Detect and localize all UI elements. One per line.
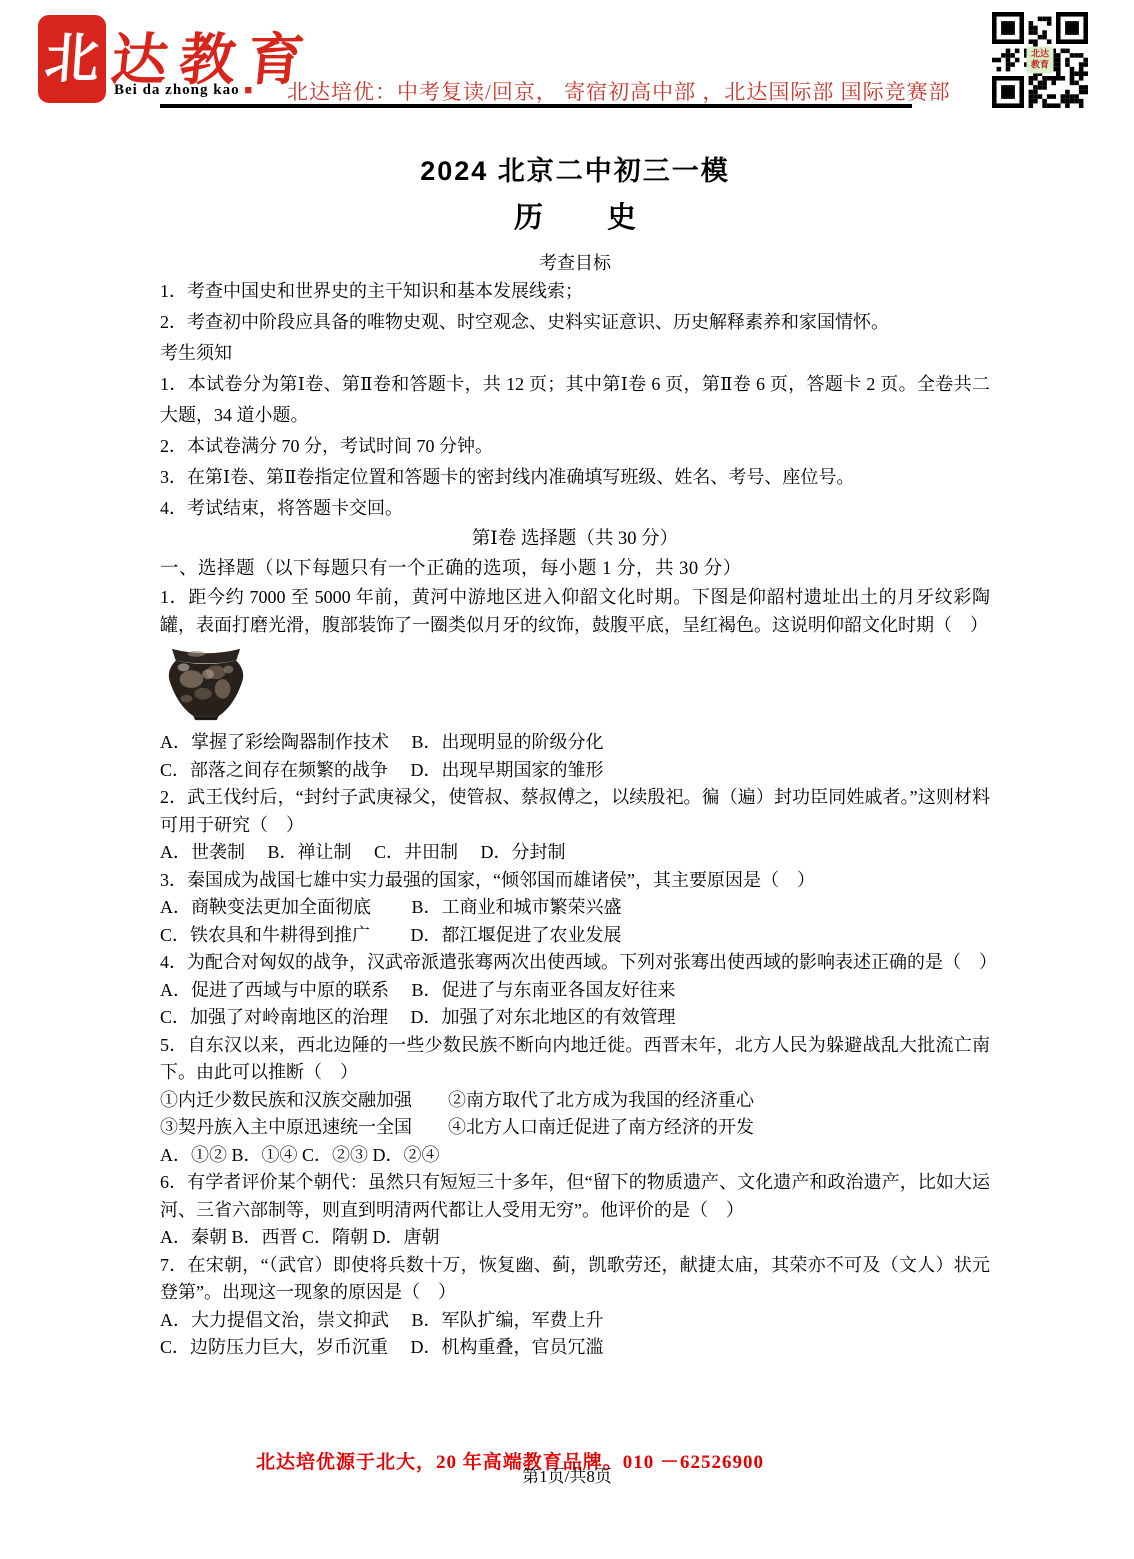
question-block: 2．武王伐纣后，“封纣子武庚禄父，使管叔、蔡叔傅之，以续殷祀。徧（遍）封功臣同姓… <box>160 784 990 867</box>
subject-char-1: 历 <box>514 202 543 234</box>
question-1-option-line: C．部落之间存在频繁的战争 D．出现早期国家的雏形 <box>160 757 990 785</box>
question-block: 3．秦国成为战国七雄中实力最强的国家，“倾邻国而雄诸侯”，其主要原因是（ ） A… <box>160 867 990 950</box>
notice-item-2: 2．本试卷满分 70 分，考试时间 70 分钟。 <box>160 431 990 462</box>
question-1-stem: 1．距今约 7000 至 5000 年前，黄河中游地区进入仰韶文化时期。下图是仰… <box>160 584 990 639</box>
qr-badge-line2: 教育 <box>1027 60 1054 71</box>
question-2-option-line: A．世袭制 B．禅让制 C．井田制 D．分封制 <box>160 839 990 867</box>
question-lines: A．大力提倡文治，崇文抑武 B．军队扩编，军费上升C．边防压力巨大，岁币沉重 D… <box>160 1307 990 1362</box>
question-4-stem: 4．为配合对匈奴的战争，汉武帝派遣张骞两次出使西域。下列对张骞出使西域的影响表述… <box>160 949 990 977</box>
question-lines: A．商鞅变法更加全面彻底 B．工商业和城市繁荣兴盛C．铁农具和牛耕得到推广 D．… <box>160 894 990 949</box>
header-divider <box>160 104 912 108</box>
question-4-option-line: A．促进了西域与中原的联系 B．促进了与东南亚各国友好往来 <box>160 977 990 1005</box>
question-5-option-line: ③契丹族入主中原迅速统一全国 ④北方人口南迁促进了南方经济的开发 <box>160 1114 990 1142</box>
question-block: 6．有学者评价某个朝代：虽然只有短短三十多年，但“留下的物质遗产、文化遗产和政治… <box>160 1169 990 1252</box>
question-6-stem: 6．有学者评价某个朝代：虽然只有短短三十多年，但“留下的物质遗产、文化遗产和政治… <box>160 1169 990 1224</box>
exam-page: 北 达教育 Bei da zhong kao ■ 北达培优：中考复读/回京， 寄… <box>0 0 1134 1559</box>
question-block: 4．为配合对匈奴的战争，汉武帝派遣张骞两次出使西域。下列对张骞出使西域的影响表述… <box>160 949 990 1032</box>
question-4-option-line: C．加强了对岭南地区的治理 D．加强了对东北地区的有效管理 <box>160 1004 990 1032</box>
question-7-option-line: C．边防压力巨大，岁币沉重 D．机构重叠，官员冗滥 <box>160 1334 990 1362</box>
exam-title: 2024 北京二中初三一模 <box>160 152 990 190</box>
question-1-option-line: A．掌握了彩绘陶器制作技术 B．出现明显的阶级分化 <box>160 729 990 757</box>
qr-badge-line1: 北达 <box>1027 49 1054 60</box>
exam-subject: 历史 <box>160 198 990 238</box>
question-lines: A．促进了西域与中原的联系 B．促进了与东南亚各国友好往来C．加强了对岭南地区的… <box>160 977 990 1032</box>
question-2-stem: 2．武王伐纣后，“封纣子武庚禄父，使管叔、蔡叔傅之，以续殷祀。徧（遍）封功臣同姓… <box>160 784 990 839</box>
question-3-stem: 3．秦国成为战国七雄中实力最强的国家，“倾邻国而雄诸侯”，其主要原因是（ ） <box>160 867 990 895</box>
question-3-option-line: C．铁农具和牛耕得到推广 D．都江堰促进了农业发展 <box>160 922 990 950</box>
notice-item-3: 3．在第Ⅰ卷、第Ⅱ卷指定位置和答题卡的密封线内准确填写班级、姓名、考号、座位号。 <box>160 462 990 493</box>
question-5-stem: 5．自东汉以来，西北边陲的一些少数民族不断向内地迁徙。西晋末年，北方人民为躲避战… <box>160 1032 990 1087</box>
notice-item-1: 1．本试卷分为第Ⅰ卷、第Ⅱ卷和答题卡，共 12 页；其中第Ⅰ卷 6 页，第Ⅱ卷 … <box>160 369 990 431</box>
qr-code: 北达 教育 <box>992 12 1088 108</box>
question-lines: ①内迁少数民族和汉族交融加强 ②南方取代了北方成为我国的经济重心③契丹族入主中原… <box>160 1087 990 1170</box>
question-7-stem: 7．在宋朝，“（武官）即使将兵数十万，恢复幽、蓟，凯歌劳还，献捷太庙，其荣亦不可… <box>160 1252 990 1307</box>
question-3-option-line: A．商鞅变法更加全面彻底 B．工商业和城市繁荣兴盛 <box>160 894 990 922</box>
notice-item-4: 4．考试结束，将答题卡交回。 <box>160 493 990 524</box>
brand-square-icon: ■ <box>244 82 253 97</box>
question-block: 1．距今约 7000 至 5000 年前，黄河中游地区进入仰韶文化时期。下图是仰… <box>160 584 990 784</box>
question-5-option-line: ①内迁少数民族和汉族交融加强 ②南方取代了北方成为我国的经济重心 <box>160 1087 990 1115</box>
pottery-artifact-image <box>162 645 990 725</box>
header-tagline: 北达培优：中考复读/回京， 寄宿初高中部 ，北达国际部 国际竞赛部 <box>287 76 951 106</box>
subject-char-2: 史 <box>607 202 636 234</box>
question-block: 7．在宋朝，“（武官）即使将兵数十万，恢复幽、蓟，凯歌劳还，献捷太庙，其荣亦不可… <box>160 1252 990 1362</box>
goal-item-2: 2．考查初中阶段应具备的唯物史观、时空观念、史料实证意识、历史解释素养和家国情怀… <box>160 307 990 338</box>
question-lines: A．秦朝 B．西晋 C．隋朝 D．唐朝 <box>160 1224 990 1252</box>
logo-seal-character: 北 <box>37 17 107 101</box>
qr-center-badge: 北达 教育 <box>1027 47 1054 74</box>
notice-heading: 考生须知 <box>160 338 990 369</box>
section-title: 第Ⅰ卷 选择题（共 30 分） <box>160 524 990 554</box>
question-7-option-line: A．大力提倡文治，崇文抑武 B．军队扩编，军费上升 <box>160 1307 990 1335</box>
page-indicator: 第1页/共8页 <box>0 1462 1134 1487</box>
question-lines: A．世袭制 B．禅让制 C．井田制 D．分封制 <box>160 839 990 867</box>
exam-content: 2024 北京二中初三一模 历史 考查目标 1．考查中国史和世界史的主干知识和基… <box>160 146 990 1362</box>
goal-item-1: 1．考查中国史和世界史的主干知识和基本发展线索； <box>160 276 990 307</box>
section-subtitle: 一、选择题（以下每题只有一个正确的选项，每小题 1 分，共 30 分） <box>160 554 990 584</box>
question-5-option-line: A．①② B．①④ C．②③ D．②④ <box>160 1142 990 1170</box>
question-list: 1．距今约 7000 至 5000 年前，黄河中游地区进入仰韶文化时期。下图是仰… <box>160 584 990 1362</box>
question-block: 5．自东汉以来，西北边陲的一些少数民族不断向内地迁徙。西晋末年，北方人民为躲避战… <box>160 1032 990 1170</box>
goals-heading: 考查目标 <box>160 250 990 276</box>
question-6-option-line: A．秦朝 B．西晋 C．隋朝 D．唐朝 <box>160 1224 990 1252</box>
brand-subtitle-text: Bei da zhong kao <box>114 82 240 98</box>
brand-subtitle: Bei da zhong kao ■ <box>114 82 253 99</box>
question-lines: A．掌握了彩绘陶器制作技术 B．出现明显的阶级分化C．部落之间存在频繁的战争 D… <box>160 729 990 784</box>
logo-seal: 北 <box>40 17 104 101</box>
